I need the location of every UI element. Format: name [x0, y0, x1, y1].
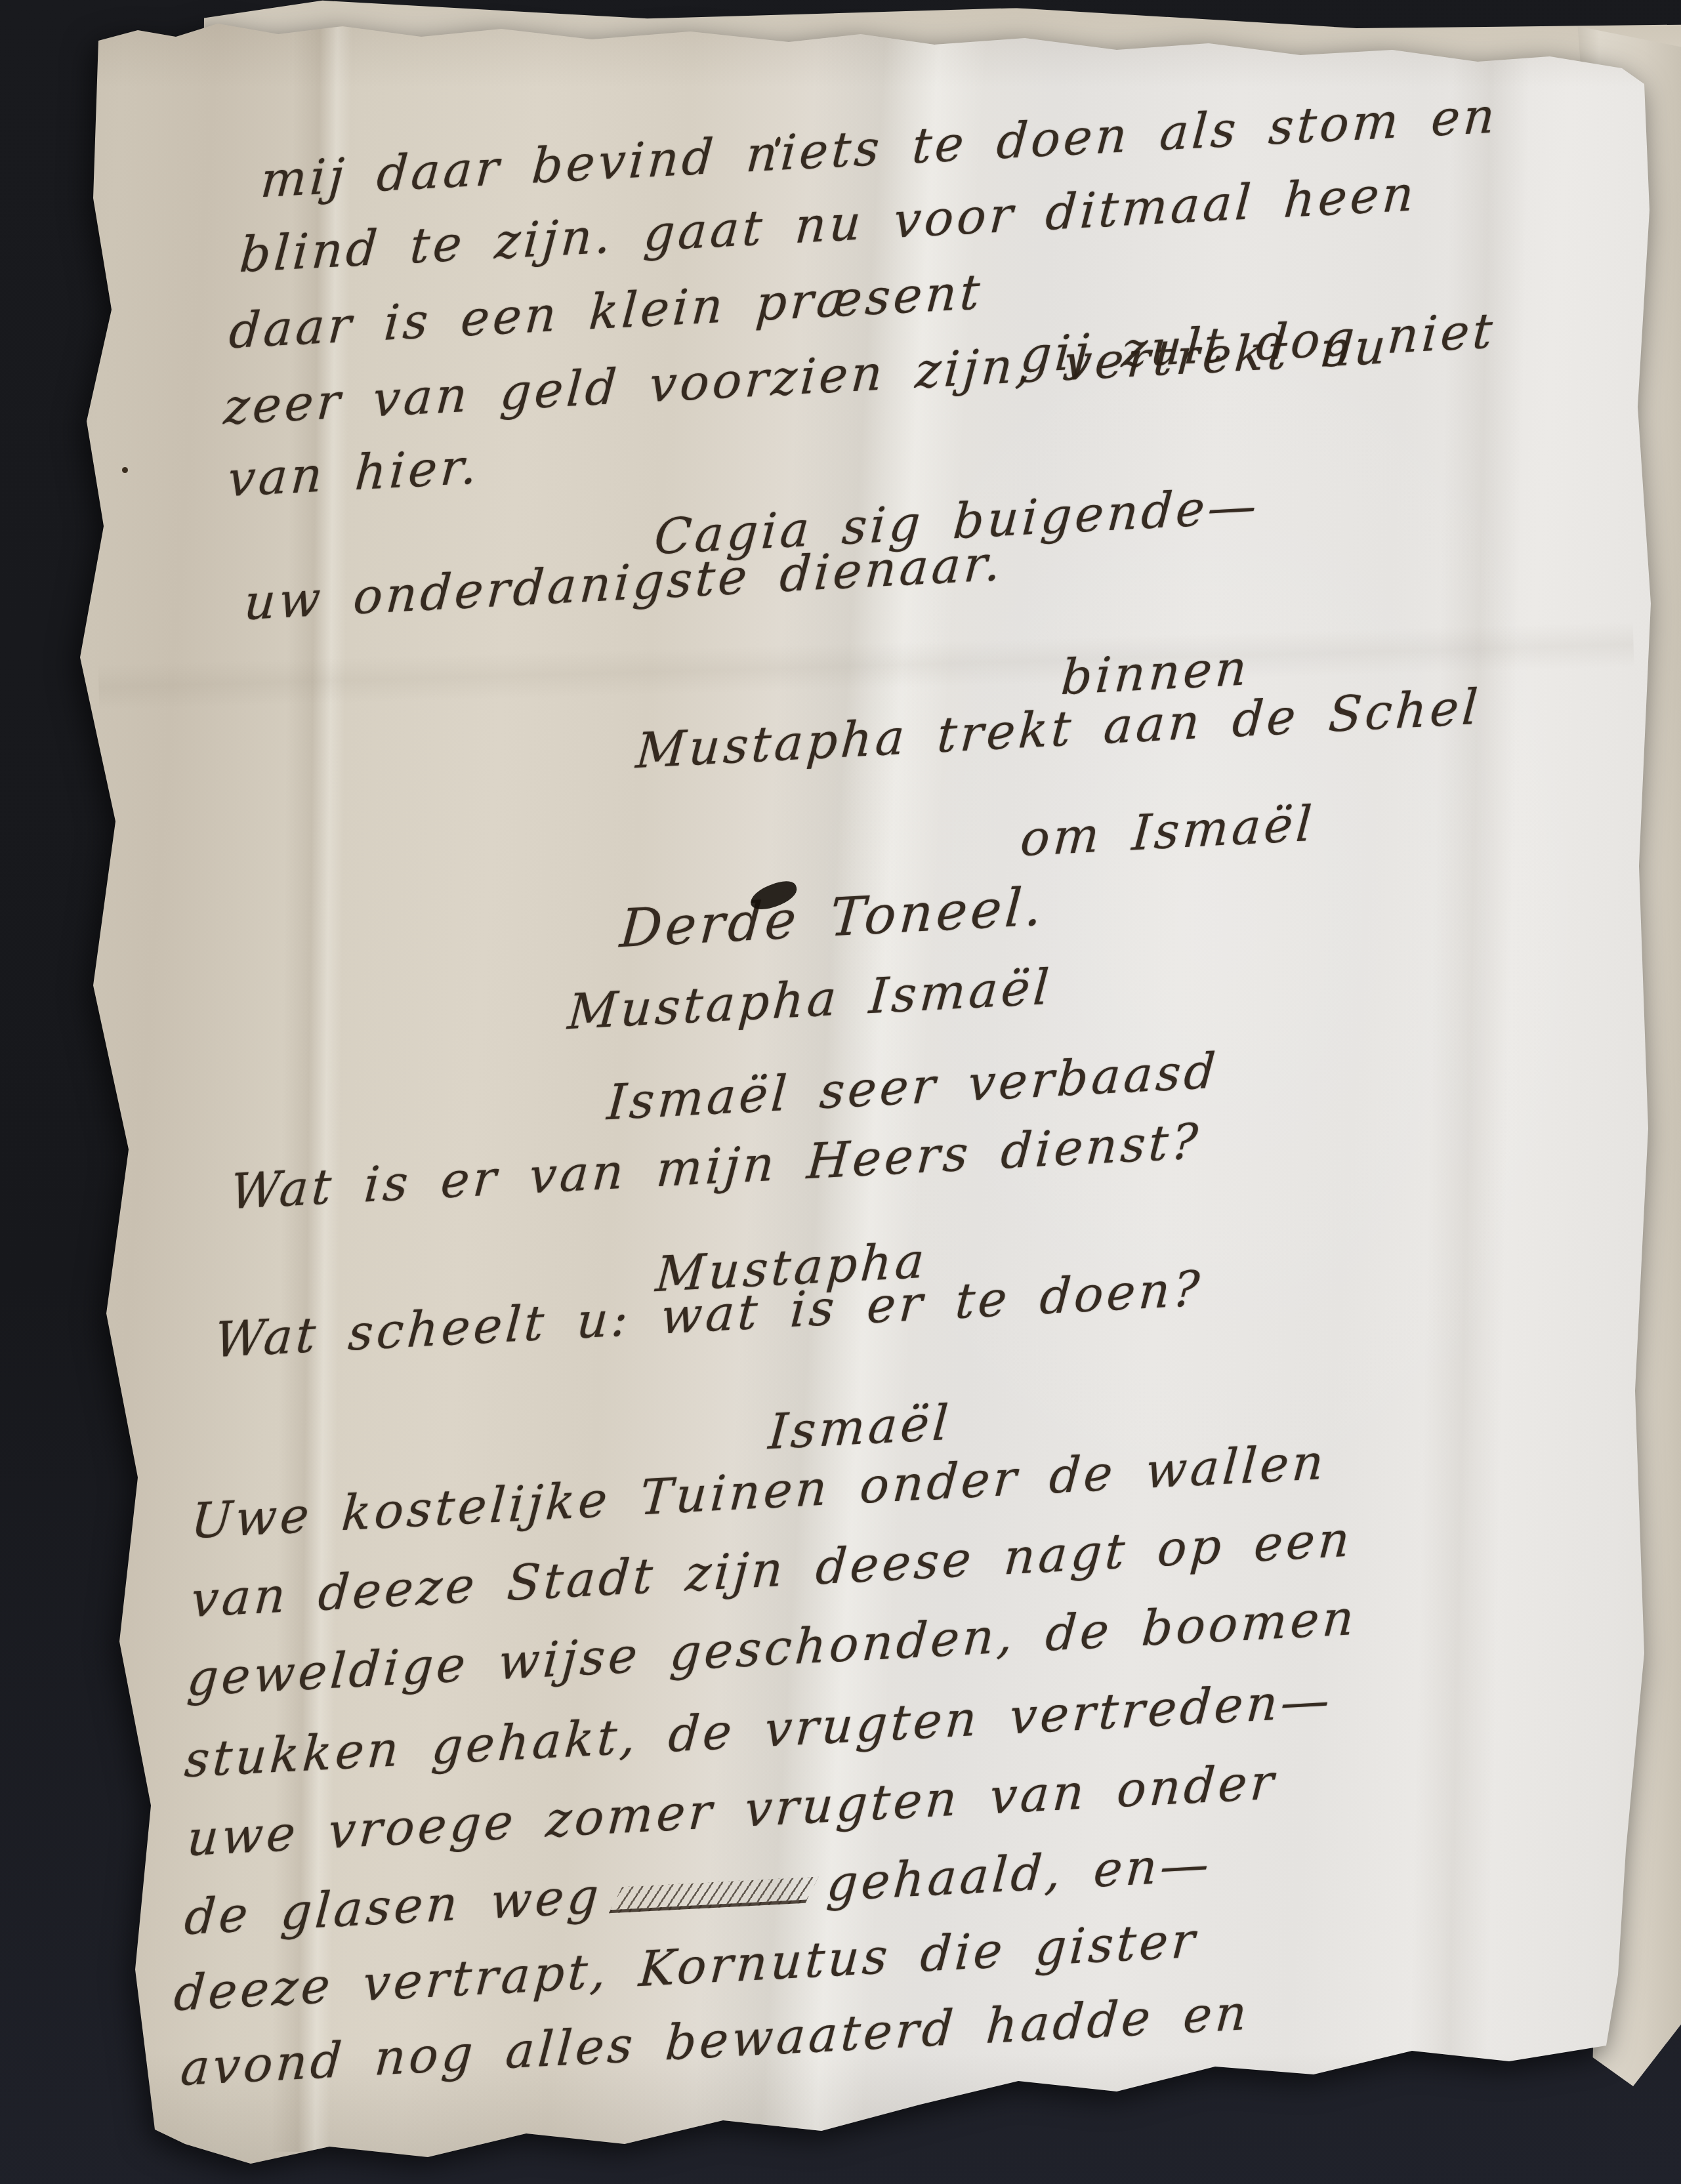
paper-surface: mij daar bevind niets te doen als stom e… — [0, 0, 1681, 2184]
stage-direction-line: om Ismaël — [1019, 799, 1317, 863]
ink-speck — [122, 467, 128, 473]
manuscript-line: van hier. — [226, 442, 482, 505]
manuscript-page: mij daar bevind niets te doen als stom e… — [0, 0, 1681, 2184]
crossed-out-word — [609, 1877, 819, 1914]
speaker-line: Ismaël — [767, 1398, 953, 1456]
photo-background: { "colors": { "background": "#17181c", "… — [0, 0, 1681, 2184]
catchword: wel — [1275, 2069, 1374, 2123]
